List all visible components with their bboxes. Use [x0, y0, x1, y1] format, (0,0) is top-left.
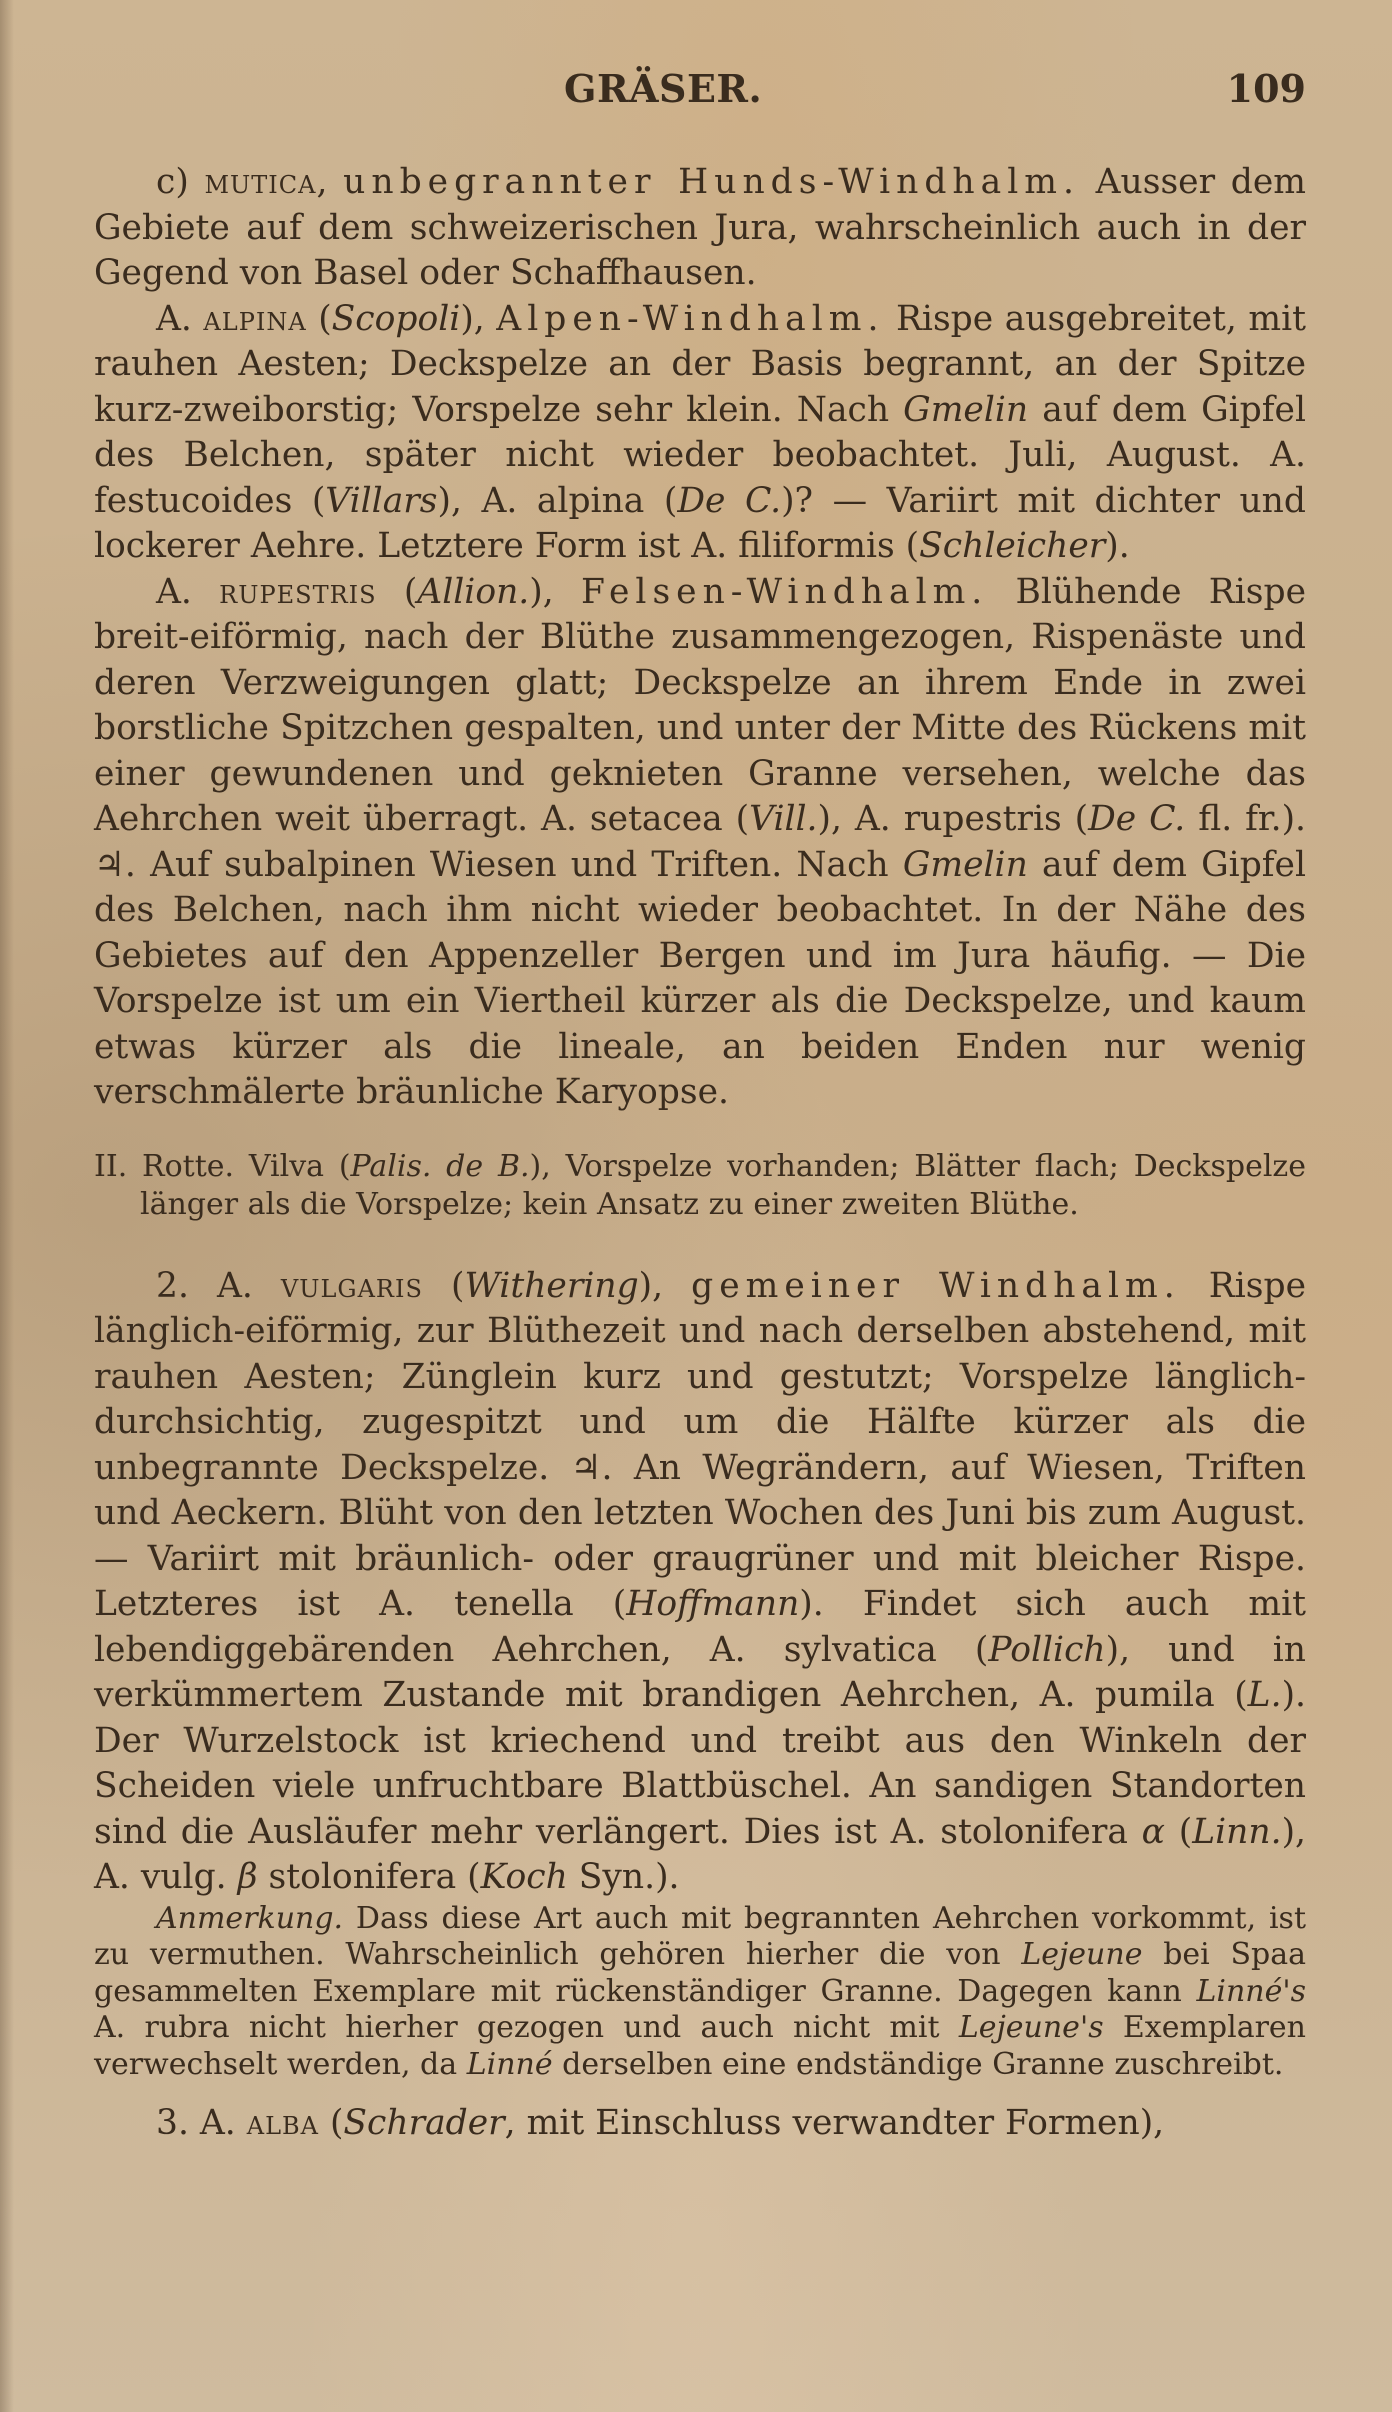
alpha-symbol: α	[1142, 1812, 1165, 1852]
author-name: Linné's	[1196, 1974, 1306, 2009]
genus-abbrev: A.	[156, 572, 219, 612]
paragraph-text: ), A. rupestris (	[818, 799, 1089, 839]
paragraph-text: Rispe länglich-eiförmig, zur Blüthezeit …	[94, 1266, 1306, 1625]
author-name: Gmelin	[903, 390, 1028, 430]
species-name: vulgaris	[281, 1266, 423, 1306]
body-text: c) mutica, unbegrannter Hunds-Windhalm. …	[94, 160, 1306, 2147]
author-name: L.	[1248, 1675, 1282, 1715]
author-name: De C.	[1088, 799, 1185, 839]
paragraph-text: II. Rotte. Vilva (	[94, 1149, 351, 1184]
common-name: Felsen-Windhalm.	[581, 572, 988, 612]
species-name: alpina	[203, 299, 306, 339]
punctuation: ),	[529, 572, 581, 612]
species-number: 3. A.	[156, 2103, 247, 2143]
paragraph-text: , mit Einschluss verwandter Formen),	[505, 2103, 1164, 2143]
paragraph-mutica: c) mutica, unbegrannter Hunds-Windhalm. …	[94, 160, 1306, 297]
punctuation: (	[1165, 1812, 1192, 1852]
common-name: Alpen-Windhalm.	[496, 299, 884, 339]
paragraph-vulgaris: 2. A. vulgaris (Withering), gemeiner Win…	[94, 1264, 1306, 1901]
author-name: Lejeune	[1021, 1937, 1142, 1972]
punctuation: (	[377, 572, 418, 612]
running-head: GRÄSER. 109	[94, 66, 1306, 116]
common-name: unbegrannter Hunds-Windhalm.	[343, 162, 1080, 202]
author-name: Pollich	[988, 1630, 1105, 1670]
author-name: Vill.	[749, 799, 817, 839]
author-name: Schleicher	[919, 526, 1105, 566]
paragraph-alba: 3. A. alba (Schrader, mit Einschluss ver…	[94, 2101, 1306, 2147]
page-number: 109	[1227, 66, 1306, 111]
punctuation: (	[423, 1266, 465, 1306]
paragraph-text: derselben eine endständige Granne zuschr…	[553, 2047, 1284, 2082]
author-name: Villars	[325, 481, 437, 521]
variety-label: c)	[156, 162, 204, 202]
paragraph-text: A. rubra nicht hierher gezogen und auch …	[94, 2010, 959, 2045]
paragraph-alpina: A. alpina (Scopoli), Alpen-Windhalm. Ris…	[94, 297, 1306, 570]
paragraph-text: ).	[1105, 526, 1129, 566]
author-name: Koch	[481, 1857, 568, 1897]
section-heading-rotte: II. Rotte. Vilva (Palis. de B.), Vorspel…	[94, 1148, 1306, 1224]
author-name: Linné	[467, 2047, 553, 2082]
paragraph-text: stolonifera (	[258, 1857, 481, 1897]
variety-name: mutica	[204, 162, 316, 202]
species-number: 2. A.	[156, 1266, 281, 1306]
punctuation: ),	[460, 299, 496, 339]
punctuation: (	[307, 299, 332, 339]
author-name: Withering	[464, 1266, 638, 1306]
paragraph-text: Syn.).	[568, 1857, 680, 1897]
author-name: Hoffmann	[626, 1584, 799, 1624]
author-name: Palis. de B.	[351, 1149, 530, 1184]
paragraph-rupestris: A. rupestris (Allion.), Felsen-Windhalm.…	[94, 570, 1306, 1116]
paragraph-anmerkung: Anmerkung. Dass diese Art auch mit begra…	[94, 1901, 1306, 2084]
author-name: Allion.	[417, 572, 529, 612]
author-name: Gmelin	[903, 845, 1028, 885]
author-name: Linn.	[1192, 1812, 1281, 1852]
species-name: rupestris	[219, 572, 376, 612]
paragraph-text: ), A. alpina (	[437, 481, 677, 521]
species-name: alba	[247, 2103, 319, 2143]
genus-abbrev: A.	[156, 299, 203, 339]
punctuation: ,	[316, 162, 343, 202]
common-name: gemeiner Windhalm.	[691, 1266, 1181, 1306]
page-gutter-shadow	[0, 0, 14, 2412]
author-name: Scopoli	[332, 299, 461, 339]
note-label: Anmerkung.	[156, 1901, 343, 1936]
beta-symbol: β	[238, 1857, 258, 1897]
punctuation: ),	[639, 1266, 691, 1306]
punctuation: (	[319, 2103, 343, 2143]
author-name: De C.	[677, 481, 781, 521]
running-head-title: GRÄSER.	[564, 66, 762, 111]
author-name: Lejeune's	[959, 2010, 1104, 2045]
author-name: Schrader	[343, 2103, 504, 2143]
